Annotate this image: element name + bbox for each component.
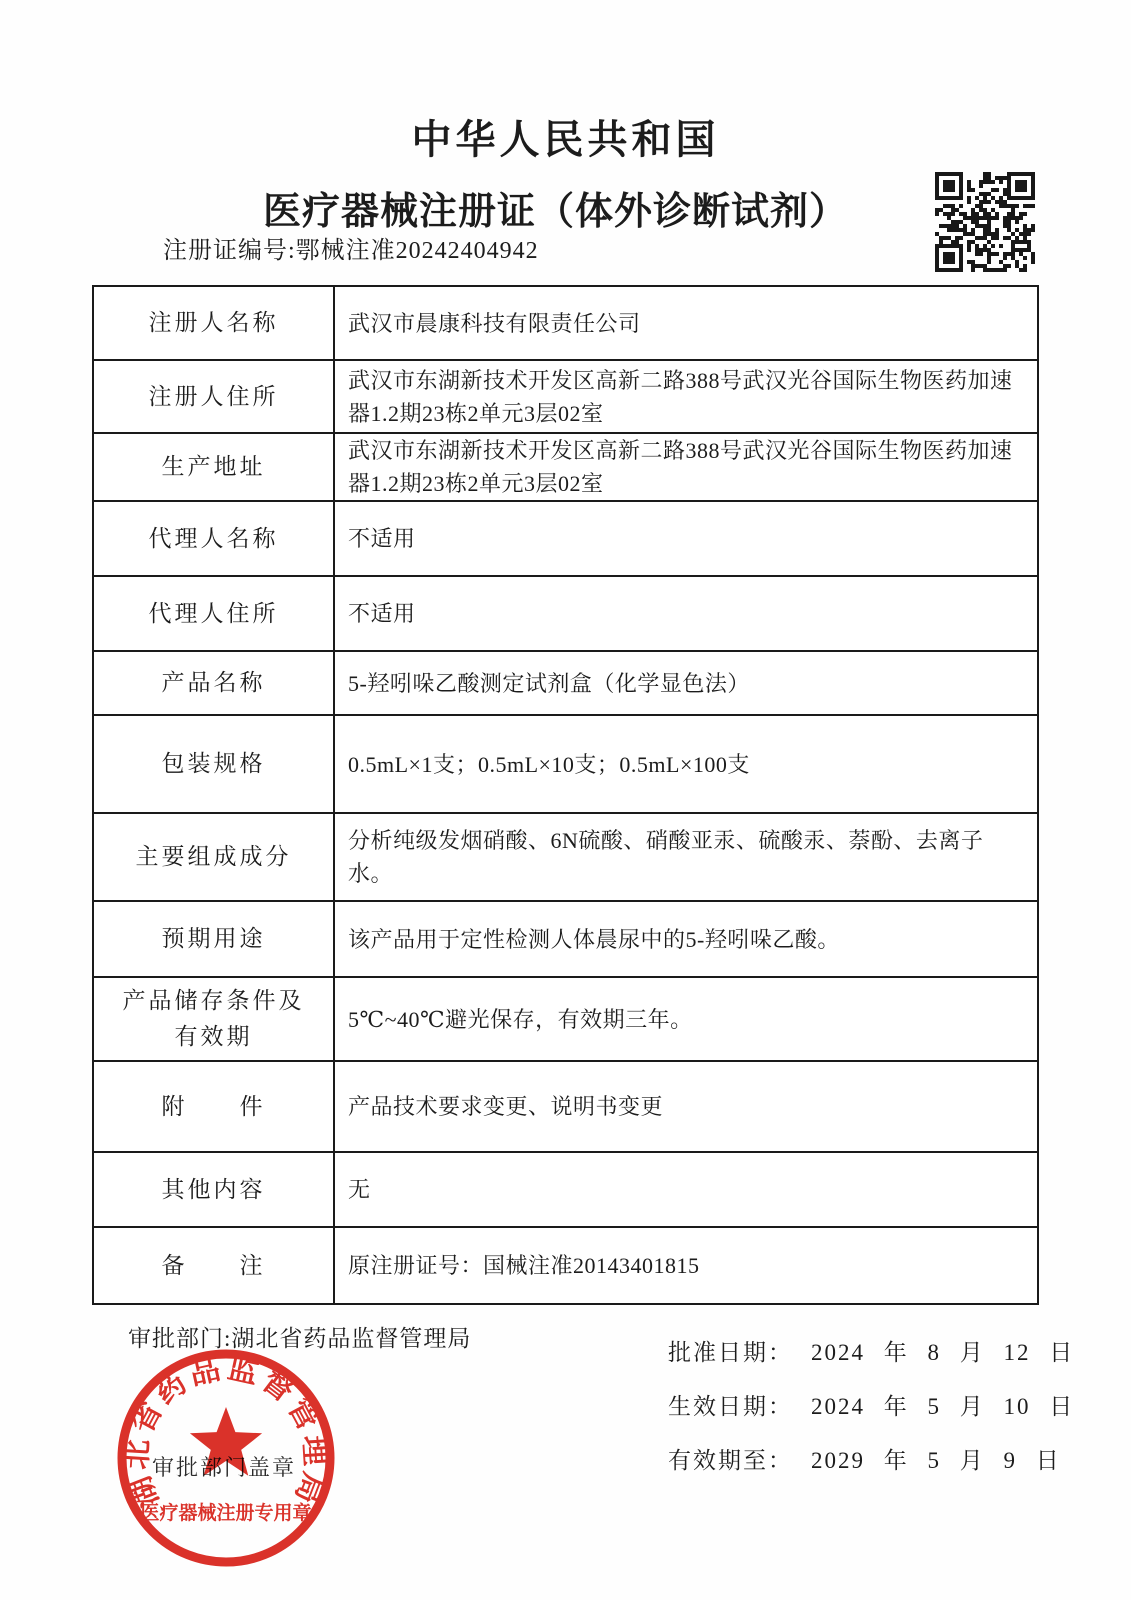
row-label: 产品储存条件及 有效期 xyxy=(94,978,335,1060)
table-row: 代理人名称 不适用 xyxy=(94,502,1037,577)
row-label: 备 注 xyxy=(94,1228,335,1303)
row-value: 无 xyxy=(335,1153,1037,1226)
approval-date-label: 批准日期： xyxy=(668,1334,793,1367)
row-label: 生产地址 xyxy=(94,434,335,500)
effective-date-row: 生效日期： 2024 年 5 月 10 日 xyxy=(668,1388,1074,1421)
table-row: 附 件 产品技术要求变更、说明书变更 xyxy=(94,1062,1037,1153)
table-row: 备 注 原注册证号：国械注准20143401815 xyxy=(94,1228,1037,1303)
row-label: 附 件 xyxy=(94,1062,335,1151)
table-row: 主要组成成分 分析纯级发烟硝酸、6N硫酸、硝酸亚汞、硫酸汞、萘酚、去离子水。 xyxy=(94,814,1037,902)
approval-date-value: 2024 年 8 月 12 日 xyxy=(811,1334,1074,1367)
row-label: 其他内容 xyxy=(94,1153,335,1226)
stamp-bottom-text: 医疗器械注册专用章 xyxy=(140,1501,311,1524)
certificate-page: 中华人民共和国 医疗器械注册证（体外诊断试剂） 注册证编号:鄂械注准202424… xyxy=(0,0,1131,1600)
row-label: 代理人住所 xyxy=(94,577,335,650)
table-row: 产品储存条件及 有效期 5℃~40℃避光保存，有效期三年。 xyxy=(94,978,1037,1062)
row-value: 5℃~40℃避光保存，有效期三年。 xyxy=(335,978,1037,1060)
country-title: 中华人民共和国 xyxy=(0,108,1131,165)
row-label: 主要组成成分 xyxy=(94,814,335,900)
official-stamp-icon: 湖北省药品监督管理局 医疗器械注册专用章 xyxy=(111,1343,341,1573)
row-value: 0.5mL×1支；0.5mL×10支；0.5mL×100支 xyxy=(335,716,1037,812)
row-value: 产品技术要求变更、说明书变更 xyxy=(335,1062,1037,1151)
row-value: 不适用 xyxy=(335,502,1037,575)
effective-date-label: 生效日期： xyxy=(668,1388,793,1421)
table-row: 包装规格 0.5mL×1支；0.5mL×10支；0.5mL×100支 xyxy=(94,716,1037,814)
row-value: 该产品用于定性检测人体晨尿中的5-羟吲哚乙酸。 xyxy=(335,902,1037,976)
row-value: 分析纯级发烟硝酸、6N硫酸、硝酸亚汞、硫酸汞、萘酚、去离子水。 xyxy=(335,814,1037,900)
row-label: 预期用途 xyxy=(94,902,335,976)
row-label: 注册人住所 xyxy=(94,361,335,432)
date-block: 批准日期： 2024 年 8 月 12 日 生效日期： 2024 年 5 月 1… xyxy=(668,1334,1074,1475)
row-value: 武汉市晨康科技有限责任公司 xyxy=(335,287,1037,359)
table-row: 预期用途 该产品用于定性检测人体晨尿中的5-羟吲哚乙酸。 xyxy=(94,902,1037,978)
star-icon xyxy=(190,1407,262,1476)
approval-date-row: 批准日期： 2024 年 8 月 12 日 xyxy=(668,1334,1074,1367)
row-label: 代理人名称 xyxy=(94,502,335,575)
effective-date-value: 2024 年 5 月 10 日 xyxy=(811,1388,1074,1421)
row-label: 包装规格 xyxy=(94,716,335,812)
table-row: 代理人住所 不适用 xyxy=(94,577,1037,652)
certificate-table: 注册人名称 武汉市晨康科技有限责任公司 注册人住所 武汉市东湖新技术开发区高新二… xyxy=(92,285,1039,1305)
row-value: 武汉市东湖新技术开发区高新二路388号武汉光谷国际生物医药加速器1.2期23栋2… xyxy=(335,434,1037,500)
row-value: 武汉市东湖新技术开发区高新二路388号武汉光谷国际生物医药加速器1.2期23栋2… xyxy=(335,361,1037,432)
row-label: 注册人名称 xyxy=(94,287,335,359)
table-row: 注册人名称 武汉市晨康科技有限责任公司 xyxy=(94,287,1037,361)
registration-number: 注册证编号:鄂械注准20242404942 xyxy=(163,230,539,265)
table-row: 产品名称 5-羟吲哚乙酸测定试剂盒（化学显色法） xyxy=(94,652,1037,716)
row-value: 不适用 xyxy=(335,577,1037,650)
table-row: 生产地址 武汉市东湖新技术开发区高新二路388号武汉光谷国际生物医药加速器1.2… xyxy=(94,434,1037,502)
qr-code-icon xyxy=(935,172,1035,272)
row-value: 5-羟吲哚乙酸测定试剂盒（化学显色法） xyxy=(335,652,1037,714)
expiry-date-value: 2029 年 5 月 9 日 xyxy=(811,1442,1061,1475)
expiry-date-row: 有效期至： 2029 年 5 月 9 日 xyxy=(668,1442,1074,1475)
table-row: 其他内容 无 xyxy=(94,1153,1037,1228)
row-label: 产品名称 xyxy=(94,652,335,714)
table-row: 注册人住所 武汉市东湖新技术开发区高新二路388号武汉光谷国际生物医药加速器1.… xyxy=(94,361,1037,434)
row-value: 原注册证号：国械注准20143401815 xyxy=(335,1228,1037,1303)
expiry-date-label: 有效期至： xyxy=(668,1442,793,1475)
